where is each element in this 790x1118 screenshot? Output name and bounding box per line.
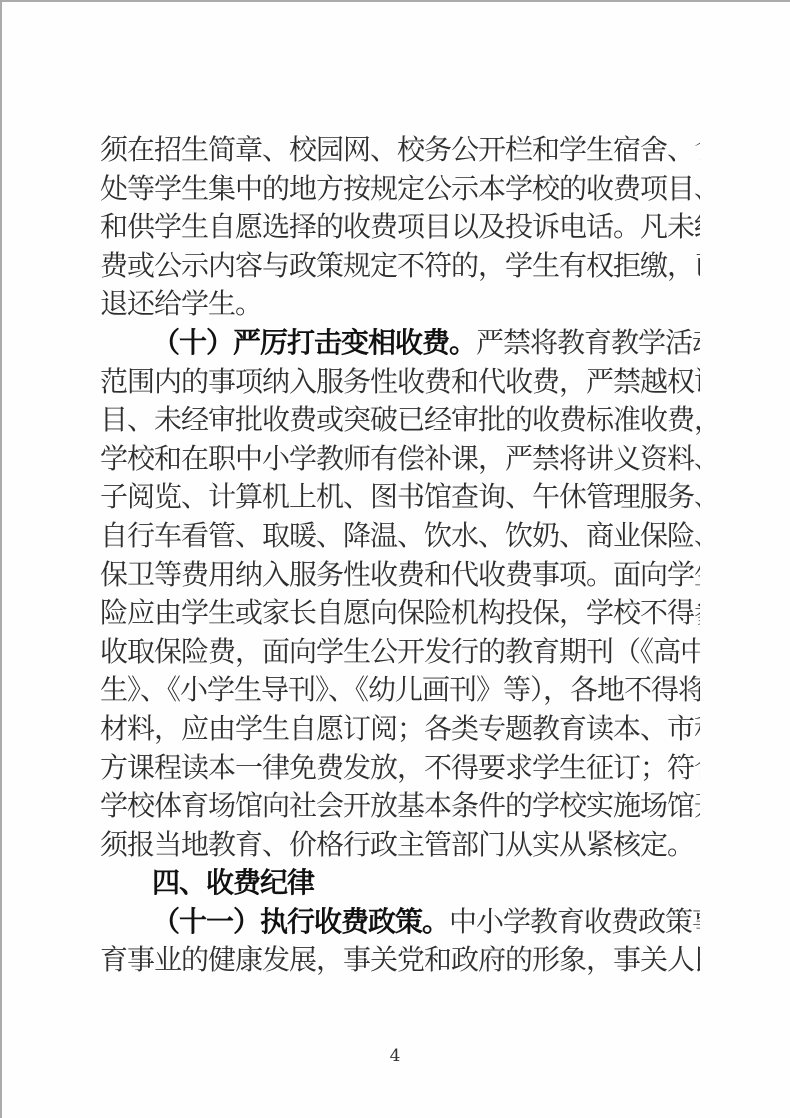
text-line: 须报当地教育、价格行政主管部门从实从紧核定。 (100, 826, 700, 865)
text-line: 费或公示内容与政策规定不符的，学生有权拒缴，已缴费的应 (100, 247, 700, 286)
text-line: 生》、《小学生导刊》、《幼儿画刊》等），各地不得将其列入教辅 (100, 671, 700, 710)
text-line: 和供学生自愿选择的收费项目以及投诉电话。凡未经公示的收 (100, 208, 700, 247)
text-line: 险应由学生或家长自愿向保险机构投保，学校不得参与组织 (100, 594, 700, 633)
text-line: 方课程读本一律免费发放，不得要求学生征订；符合国家关于 (100, 749, 700, 788)
text-line: 目、未经审批收费或突破已经审批的收费标准收费，严禁中小 (100, 401, 700, 440)
text-line: 学校体育场馆向社会开放基本条件的学校实施场馆开放收费必 (100, 787, 700, 826)
text-line: 育事业的健康发展，事关党和政府的形象，事关人民群众的切 (100, 941, 700, 980)
text-line: 处等学生集中的地方按规定公示本学校的收费项目、收费标准 (100, 170, 700, 209)
section-heading-line: 四、收费纪律 (100, 864, 700, 903)
clause-10-title: （十）严厉打击变相收费。 (152, 326, 476, 359)
text-line: （十）严厉打击变相收费。严禁将教育教学活动、教学管理 (100, 324, 700, 363)
text-line: 保卫等费用纳入服务性收费和代收费事项。面向学生的商业保 (100, 556, 700, 595)
text-line: 材料，应由学生自愿订阅；各类专题教育读本、市和县市区地 (100, 710, 700, 749)
text-line: 须在招生简章、校园网、校务公开栏和学生宿舍、食堂、缴费 (100, 131, 700, 170)
clause-10-first-line: 严禁将教育教学活动、教学管理 (476, 326, 700, 359)
document-body: 须在招生简章、校园网、校务公开栏和学生宿舍、食堂、缴费 处等学生集中的地方按规定… (100, 131, 700, 980)
page-number: 4 (0, 1046, 790, 1066)
text-line: 自行车看管、取暖、降温、饮水、饮奶、商业保险、校园安全 (100, 517, 700, 556)
text-line: （十一）执行收费政策。中小学教育收费政策事关我市教 (100, 903, 700, 942)
scan-edge-left (0, 0, 2, 1118)
document-page: 须在招生简章、校园网、校务公开栏和学生宿舍、食堂、缴费 处等学生集中的地方按规定… (0, 0, 790, 1118)
clause-11-first-line: 中小学教育收费政策事关我市教 (449, 905, 700, 938)
text-line: 范围内的事项纳入服务性收费和代收费，严禁越权设立收费项 (100, 363, 700, 402)
scan-edge-top (0, 0, 790, 2)
text-line: 子阅览、计算机上机、图书馆查询、午休管理服务、课后看护、 (100, 478, 700, 517)
section-4-heading: 四、收费纪律 (152, 866, 314, 899)
text-line: 收取保险费，面向学生公开发行的教育期刊（《高中生》、《初中 (100, 633, 700, 672)
text-line: 学校和在职中小学教师有偿补课，严禁将讲义资料、试卷、电 (100, 440, 700, 479)
text-line: 退还给学生。 (100, 285, 700, 324)
clause-11-title: （十一）执行收费政策。 (152, 905, 449, 938)
